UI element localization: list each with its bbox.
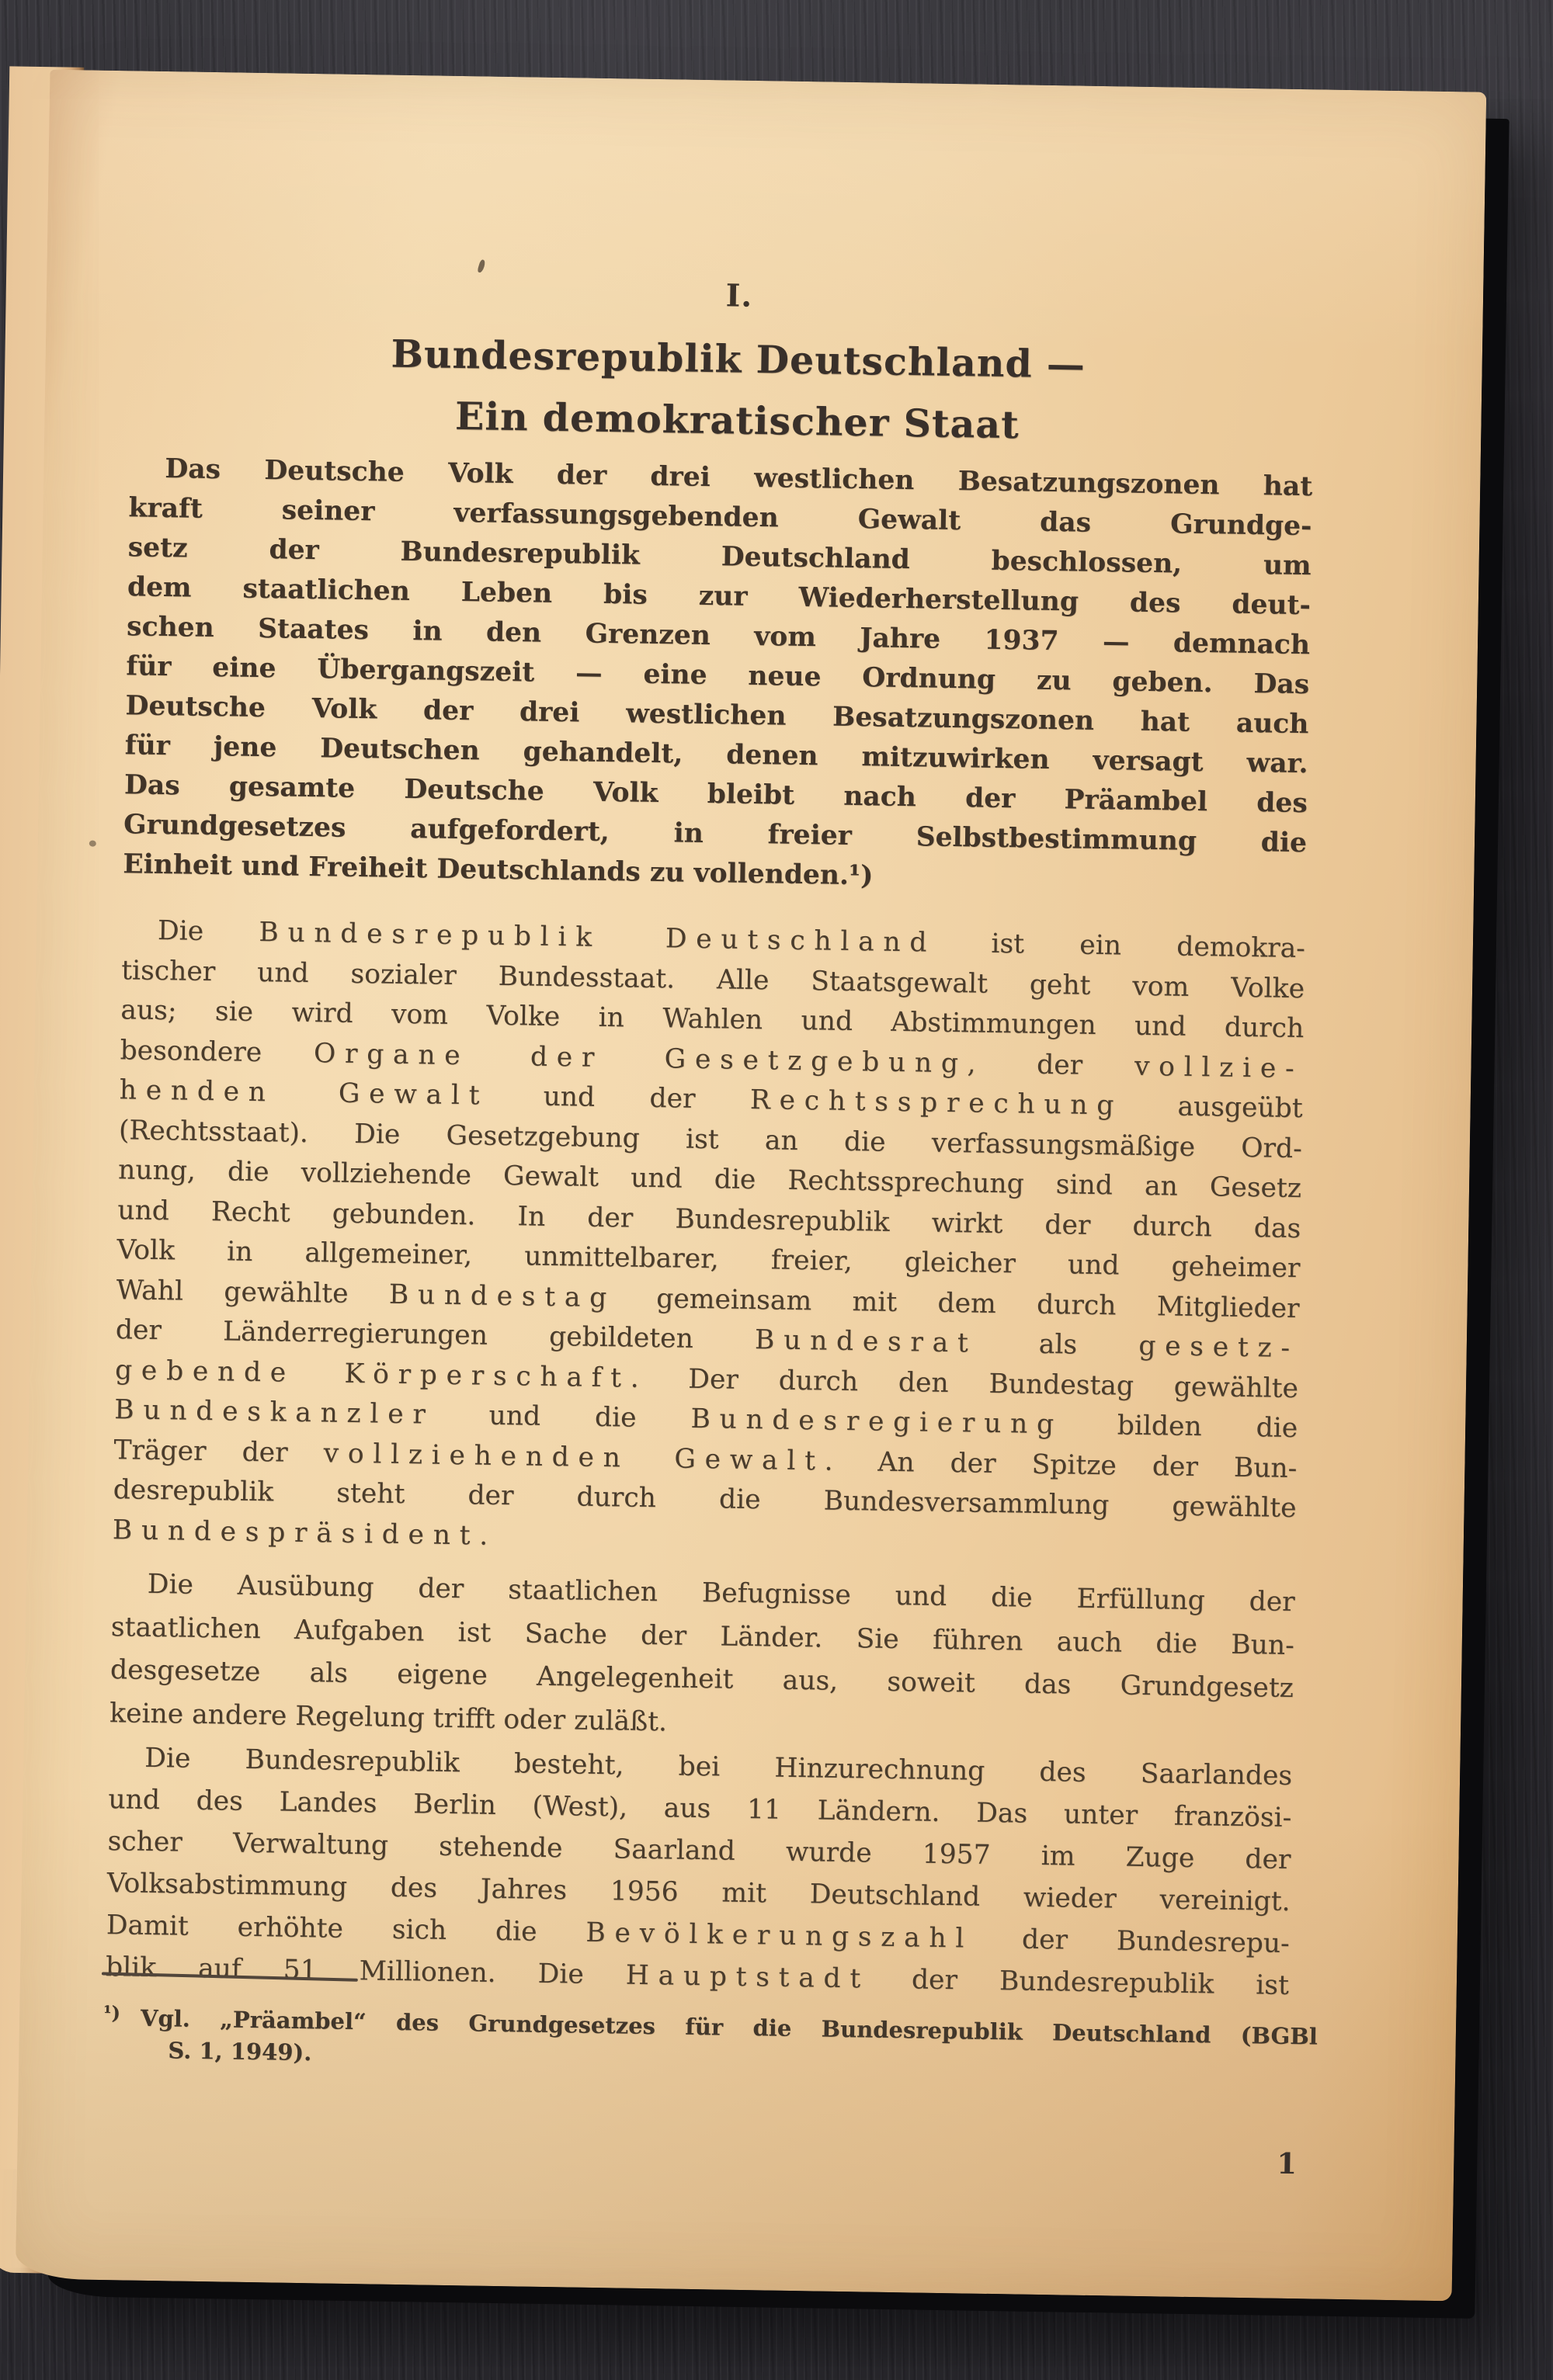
body-text: Das Deutsche Volk der drei westlichen Be… <box>16 70 1486 2302</box>
paragraph: Die Bundesrepublik besteht, bei Hinzurec… <box>106 1736 1293 2007</box>
letterspaced-text: Bundesrepublik Deutschland <box>259 917 936 959</box>
letterspaced-text: Bundeskanzler <box>114 1394 435 1430</box>
paragraph: Die Bundesrepublik Deutschland ist ein d… <box>113 911 1306 1569</box>
book-page: I. Bundesrepublik Deutschland — Ein demo… <box>16 70 1486 2302</box>
ink-speck <box>89 841 96 847</box>
book-photo: I. Bundesrepublik Deutschland — Ein demo… <box>0 0 1553 2380</box>
footnote-marker: ¹) <box>103 1997 121 2028</box>
page-content: I. Bundesrepublik Deutschland — Ein demo… <box>16 70 1486 2302</box>
letterspaced-text: Organe der Gesetzgebung, <box>314 1038 985 1080</box>
letterspaced-text: Bundesregierung <box>690 1403 1063 1441</box>
letterspaced-text: gebende Körperschaft. <box>115 1355 648 1394</box>
letterspaced-text: vollzie- <box>1134 1050 1304 1084</box>
paragraph: Die Ausübung der staatlichen Befugnisse … <box>109 1563 1295 1754</box>
letterspaced-text: henden Gewalt <box>120 1074 489 1111</box>
paragraph: Das Deutsche Volk der drei westlichen Be… <box>123 449 1313 903</box>
letterspaced-text: Bundespräsident. <box>113 1514 498 1552</box>
letterspaced-text: Rechtssprechung <box>750 1084 1124 1122</box>
page-number: 1 <box>1277 2146 1297 2181</box>
letterspaced-text: vollziehenden Gewalt. <box>323 1438 842 1476</box>
letterspaced-text: Bevölkerungszahl <box>585 1917 973 1955</box>
letterspaced-text: Bundesrat <box>755 1324 978 1358</box>
letterspaced-text: gesetz- <box>1138 1331 1299 1364</box>
letterspaced-text: Hauptstadt <box>626 1960 870 1995</box>
letterspaced-text: Bundestag <box>389 1278 617 1313</box>
